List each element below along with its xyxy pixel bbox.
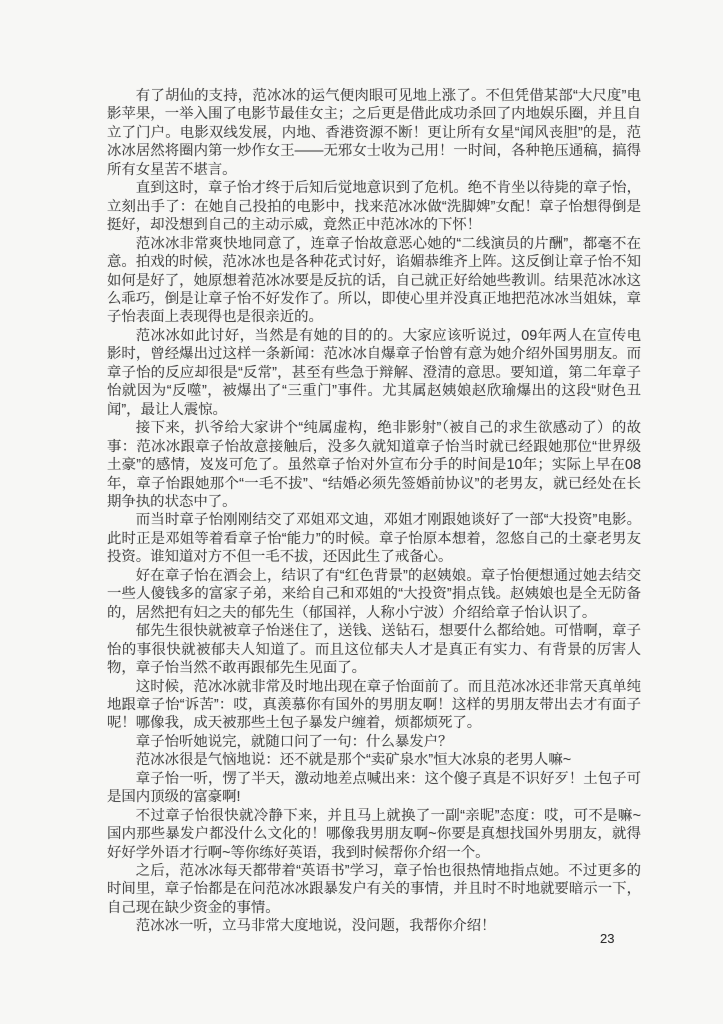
paragraph: 好在章子怡在酒会上，结识了有“红色背景”的赵姨娘。章子怡便想通过她去结交一些人傻… — [107, 567, 641, 622]
paragraph: 有了胡仙的支持，范冰冰的运气便肉眼可见地上涨了。不但凭借某部“大尺度”电影苹果，… — [107, 87, 641, 179]
paragraph: 而当时章子怡刚刚结交了邓姐邓文迪，邓姐才刚跟她谈好了一部“大投资”电影。此时正是… — [107, 511, 641, 566]
paragraph: 范冰冰一听，立马非常大度地说，没问题，我帮你介绍！ — [107, 917, 641, 935]
paragraph: 之后，范冰冰每天都带着“英语书”学习，章子怡也很热情地指点她。不过更多的时间里，… — [107, 862, 641, 917]
paragraph: 接下来，扒爷给大家讲个“纯属虚构，绝非影射”（被自己的求生欲感动了）的故事：范冰… — [107, 419, 641, 511]
paragraph: 章子怡听她说完，就随口问了一句：什么暴发户？ — [107, 733, 641, 751]
paragraph: 郁先生很快就被章子怡迷住了，送钱、送钻石，想要什么都给她。可惜啊，章子怡的事很快… — [107, 622, 641, 677]
article-text: 有了胡仙的支持，范冰冰的运气便肉眼可见地上涨了。不但凭借某部“大尺度”电影苹果，… — [107, 87, 641, 936]
paragraph: 直到这时，章子怡才终于后知后觉地意识到了危机。绝不肯坐以待毙的章子怡，立刻出手了… — [107, 179, 641, 234]
paragraph: 范冰冰非常爽快地同意了，连章子怡故意恶心她的“二线演员的片酬”，都毫不在意。拍戏… — [107, 235, 641, 327]
paragraph: 不过章子怡很快就冷静下来，并且马上就换了一副“亲昵”态度：哎，可不是嘛~国内那些… — [107, 807, 641, 862]
paragraph: 这时候，范冰冰就非常及时地出现在章子怡面前了。而且范冰冰还非常天真单纯地跟章子怡… — [107, 678, 641, 733]
paragraph: 章子怡一听，愣了半天，激动地差点喊出来：这个傻子真是不识好歹！土包子可是国内顶级… — [107, 770, 641, 807]
page-number: 23 — [600, 931, 614, 946]
paragraph: 范冰冰很是气恼地说：还不就是那个“卖矿泉水”恒大冰泉的老男人嘛~ — [107, 751, 641, 769]
paragraph: 范冰冰如此讨好，当然是有她的目的的。大家应该听说过，09年两人在宣传电影时，曾经… — [107, 327, 641, 419]
document-page: 有了胡仙的支持，范冰冰的运气便肉眼可见地上涨了。不但凭借某部“大尺度”电影苹果，… — [0, 0, 723, 1024]
